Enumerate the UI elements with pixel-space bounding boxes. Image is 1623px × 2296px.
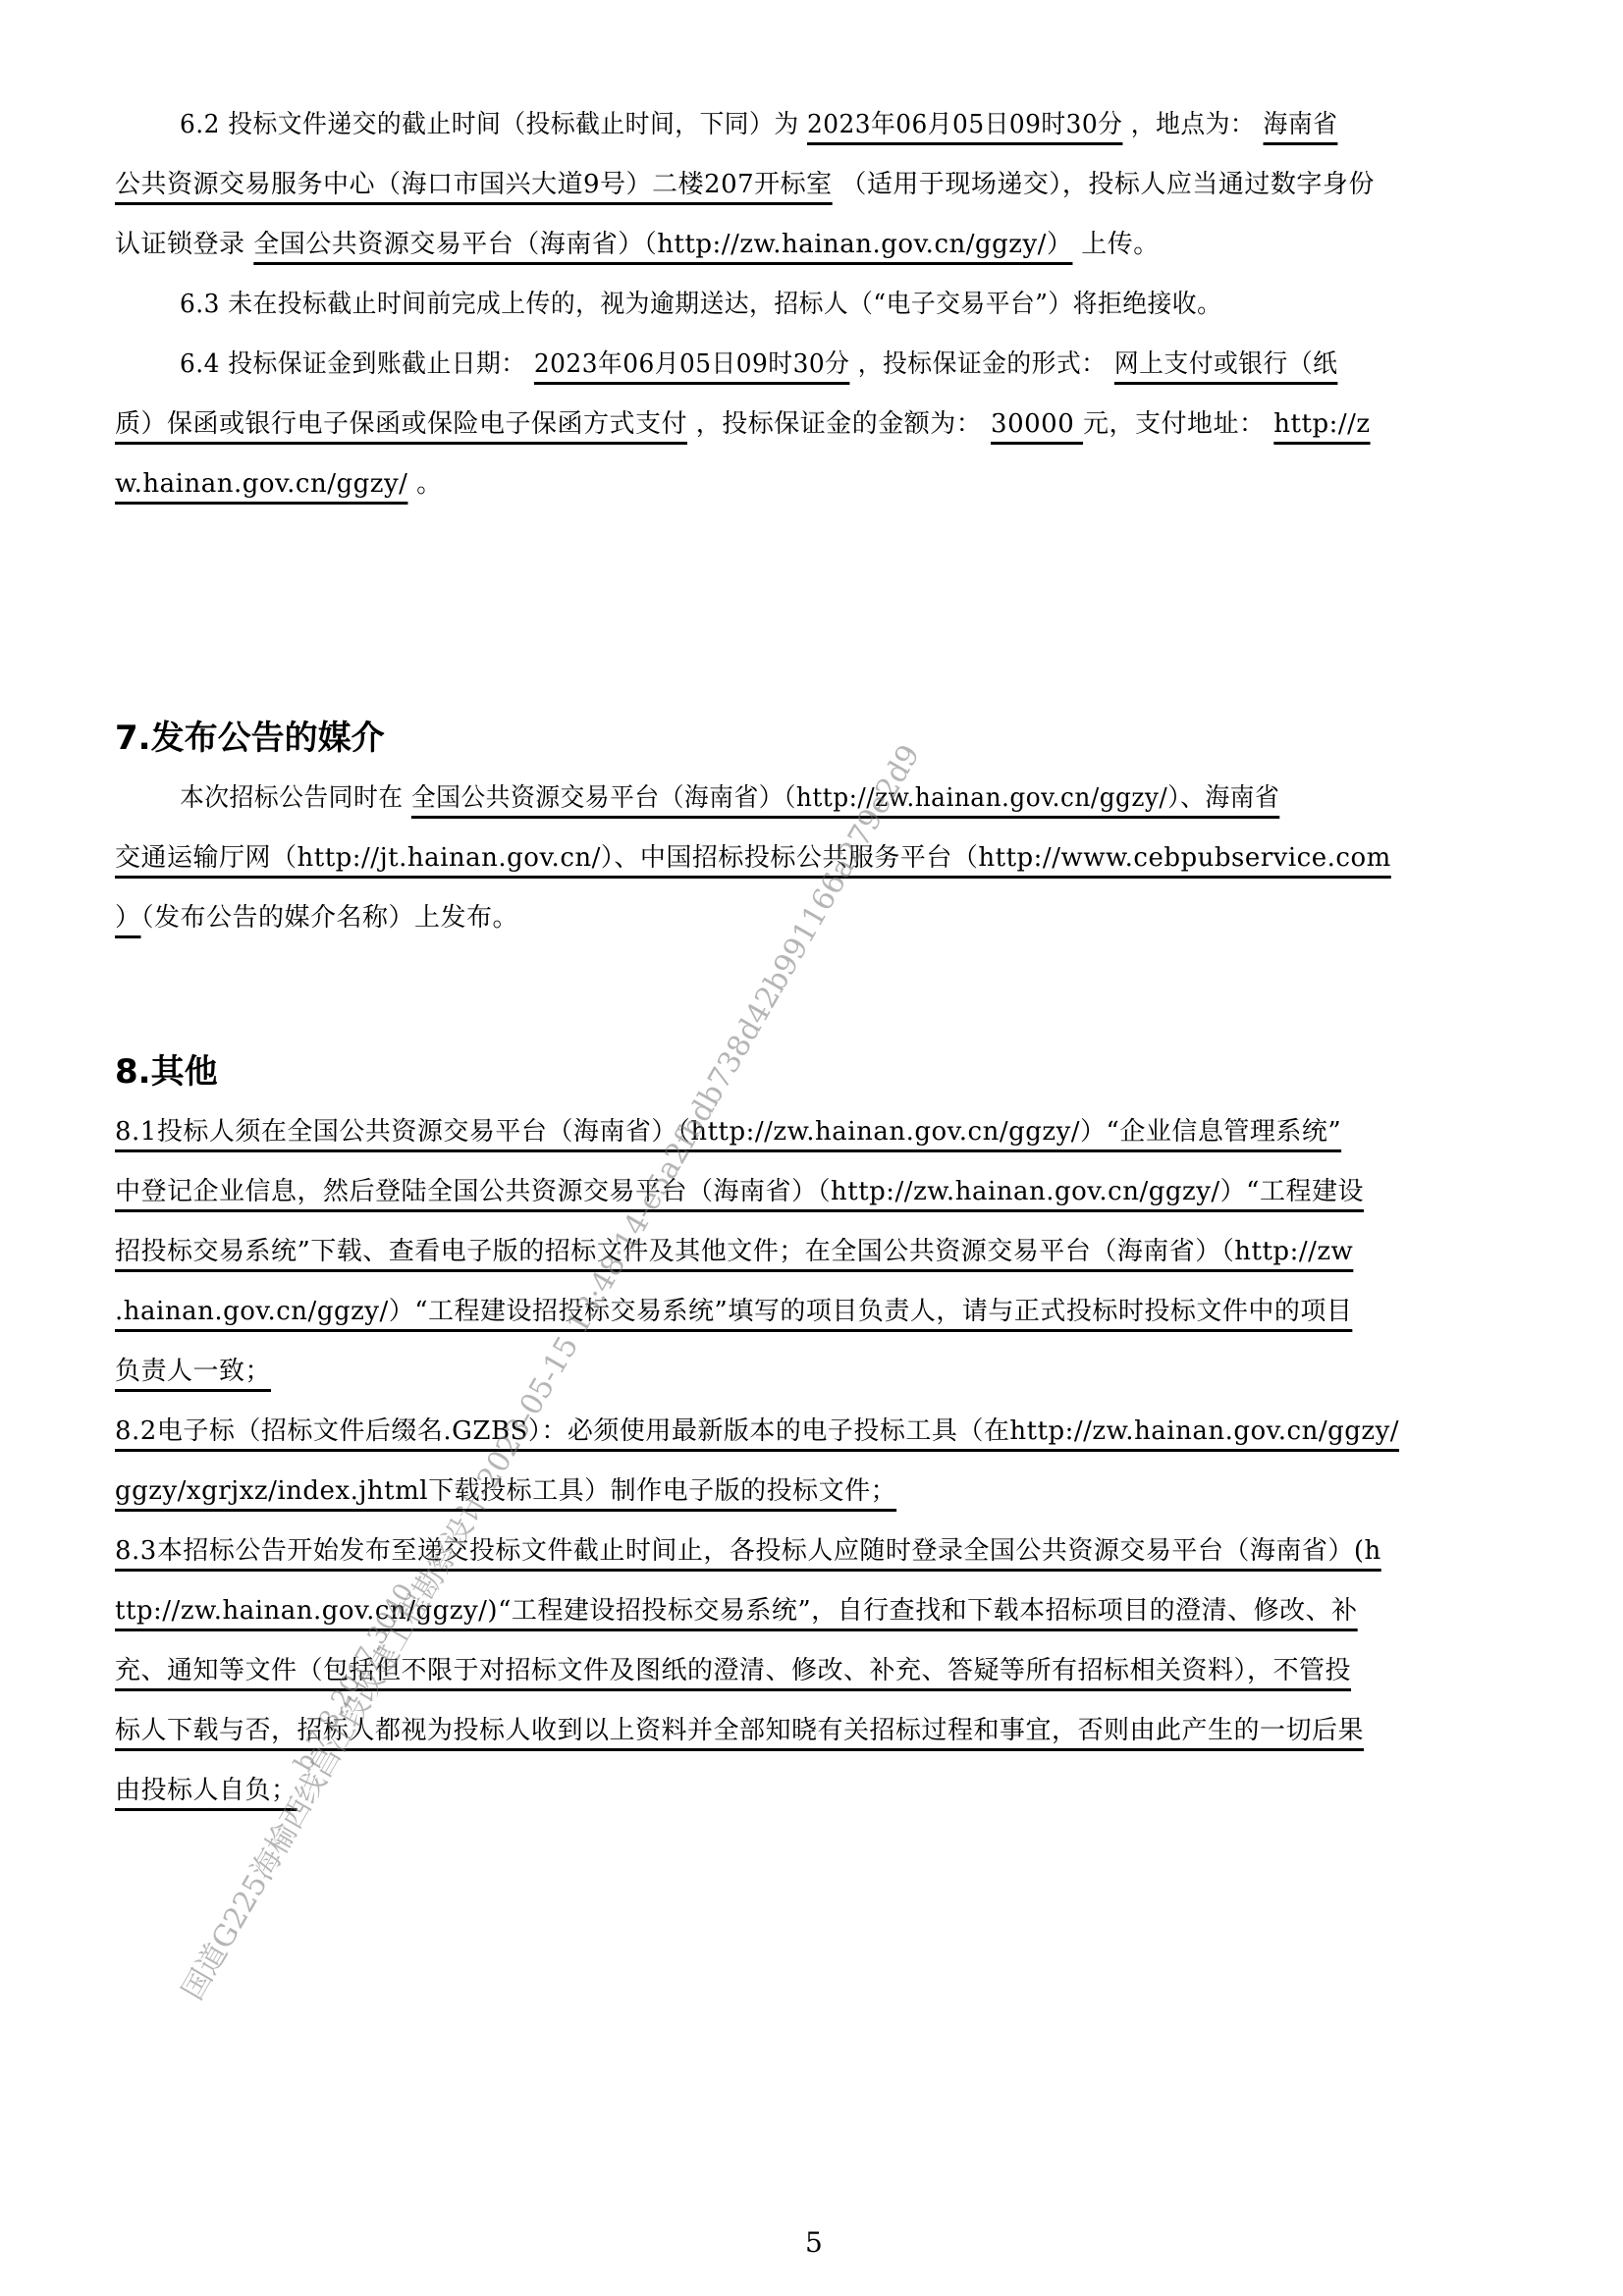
para-8-line: 负责人一致； — [115, 1352, 271, 1391]
text-run: ，地点为： — [1122, 110, 1263, 139]
text-run: ，投标保证金的形式： — [849, 349, 1113, 379]
para-8-line: 8.2电子标（招标文件后缀名.GZBS）：必须使用最新版本的电子投标工具（在ht… — [115, 1412, 1519, 1451]
text-run: 6.2 投标文件递交的截止时间（投标截止时间，下同）为 — [180, 110, 807, 139]
para-8-line: 8.3本招标公告开始发布至递交投标文件截止时间止，各投标人应随时登录全国公共资源… — [115, 1531, 1519, 1571]
para-8-line: 中登记企业信息，然后登陆全国公共资源交易平台（海南省）（http://zw.ha… — [115, 1172, 1519, 1211]
para-6-2-line-1: 6.2 投标文件递交的截止时间（投标截止时间，下同）为 2023年06月05日0… — [180, 105, 1519, 144]
underlined-field: 2023年06月05日09时30分 — [807, 110, 1122, 139]
para-8-line: ttp://zw.hainan.gov.cn/ggzy/)“工程建设招投标交易系… — [115, 1591, 1519, 1630]
para-8-line: 招投标交易系统”下载、查看电子版的招标文件及其他文件；在全国公共资源交易平台（海… — [115, 1232, 1519, 1271]
text-run: （发布公告的媒介名称）上发布。 — [141, 903, 519, 933]
underlined-field: w.hainan.gov.cn/ggzy/ — [115, 469, 407, 499]
text-run: 认证锁登录 — [115, 230, 253, 259]
para-8-line: .hainan.gov.cn/ggzy/）“工程建设招投标交易系统”填写的项目负… — [115, 1292, 1519, 1331]
underlined-field: ） — [115, 903, 141, 933]
underlined-field: 全国公共资源交易平台（海南省）（http://zw.hainan.gov.cn/… — [411, 783, 1279, 813]
underlined-field: 2023年06月05日09时30分 — [534, 349, 849, 379]
text-run: （适用于现场递交），投标人应当通过数字身份 — [833, 170, 1375, 199]
text-run: 上传。 — [1072, 230, 1159, 259]
text-run: ，投标保证金的金额为： — [687, 409, 991, 439]
text-run: 。 — [407, 469, 442, 499]
para-6-2-line-2: 公共资源交易服务中心（海口市国兴大道9号）二楼207开标室 （适用于现场递交），… — [115, 165, 1519, 204]
text-run: 本次招标公告同时在 — [180, 783, 411, 813]
para-6-4-line-1: 6.4 投标保证金到账截止日期： 2023年06月05日09时30分 ，投标保证… — [180, 345, 1519, 384]
text-run: 元，支付地址： — [1083, 409, 1273, 439]
underlined-field: 公共资源交易服务中心（海口市国兴大道9号）二楼207开标室 — [115, 170, 833, 199]
text-run: 6.4 投标保证金到账截止日期： — [180, 349, 534, 379]
para-6-4-line-2: 质）保函或银行电子保函或保险电子保函方式支付 ，投标保证金的金额为： 30000… — [115, 404, 1519, 444]
page-number: 5 — [805, 2226, 823, 2259]
underlined-field: 海南省 — [1264, 110, 1338, 139]
para-8-line: 由投标人自负； — [115, 1771, 298, 1810]
document-page: 6.2 投标文件递交的截止时间（投标截止时间，下同）为 2023年06月05日0… — [0, 0, 1623, 2296]
para-8-line: 充、通知等文件（包括但不限于对招标文件及图纸的澄清、修改、补充、答疑等所有招标相… — [115, 1651, 1519, 1690]
underlined-field: 质）保函或银行电子保函或保险电子保函方式支付 — [115, 409, 687, 439]
section-7-heading: 7.发布公告的媒介 — [115, 717, 385, 760]
underlined-field: 全国公共资源交易平台（海南省）（http://zw.hainan.gov.cn/… — [253, 230, 1072, 259]
para-6-4-line-3: w.hainan.gov.cn/ggzy/ 。 — [115, 464, 1519, 504]
section-8-heading: 8.其他 — [115, 1050, 218, 1094]
para-8-line: 8.1投标人须在全国公共资源交易平台（海南省）（http://zw.hainan… — [115, 1112, 1519, 1151]
para-6-2-line-3: 认证锁登录 全国公共资源交易平台（海南省）（http://zw.hainan.g… — [115, 225, 1519, 264]
underlined-field: 30000 — [991, 409, 1083, 439]
underlined-field: http://z — [1273, 409, 1370, 439]
para-6-3: 6.3 未在投标截止时间前完成上传的，视为逾期送达，招标人（“电子交易平台”）将… — [180, 285, 1519, 324]
underlined-field: 交通运输厅网（http://jt.hainan.gov.cn/）、中国招标投标公… — [115, 843, 1391, 873]
underlined-field: 网上支付或银行（纸 — [1114, 349, 1338, 379]
